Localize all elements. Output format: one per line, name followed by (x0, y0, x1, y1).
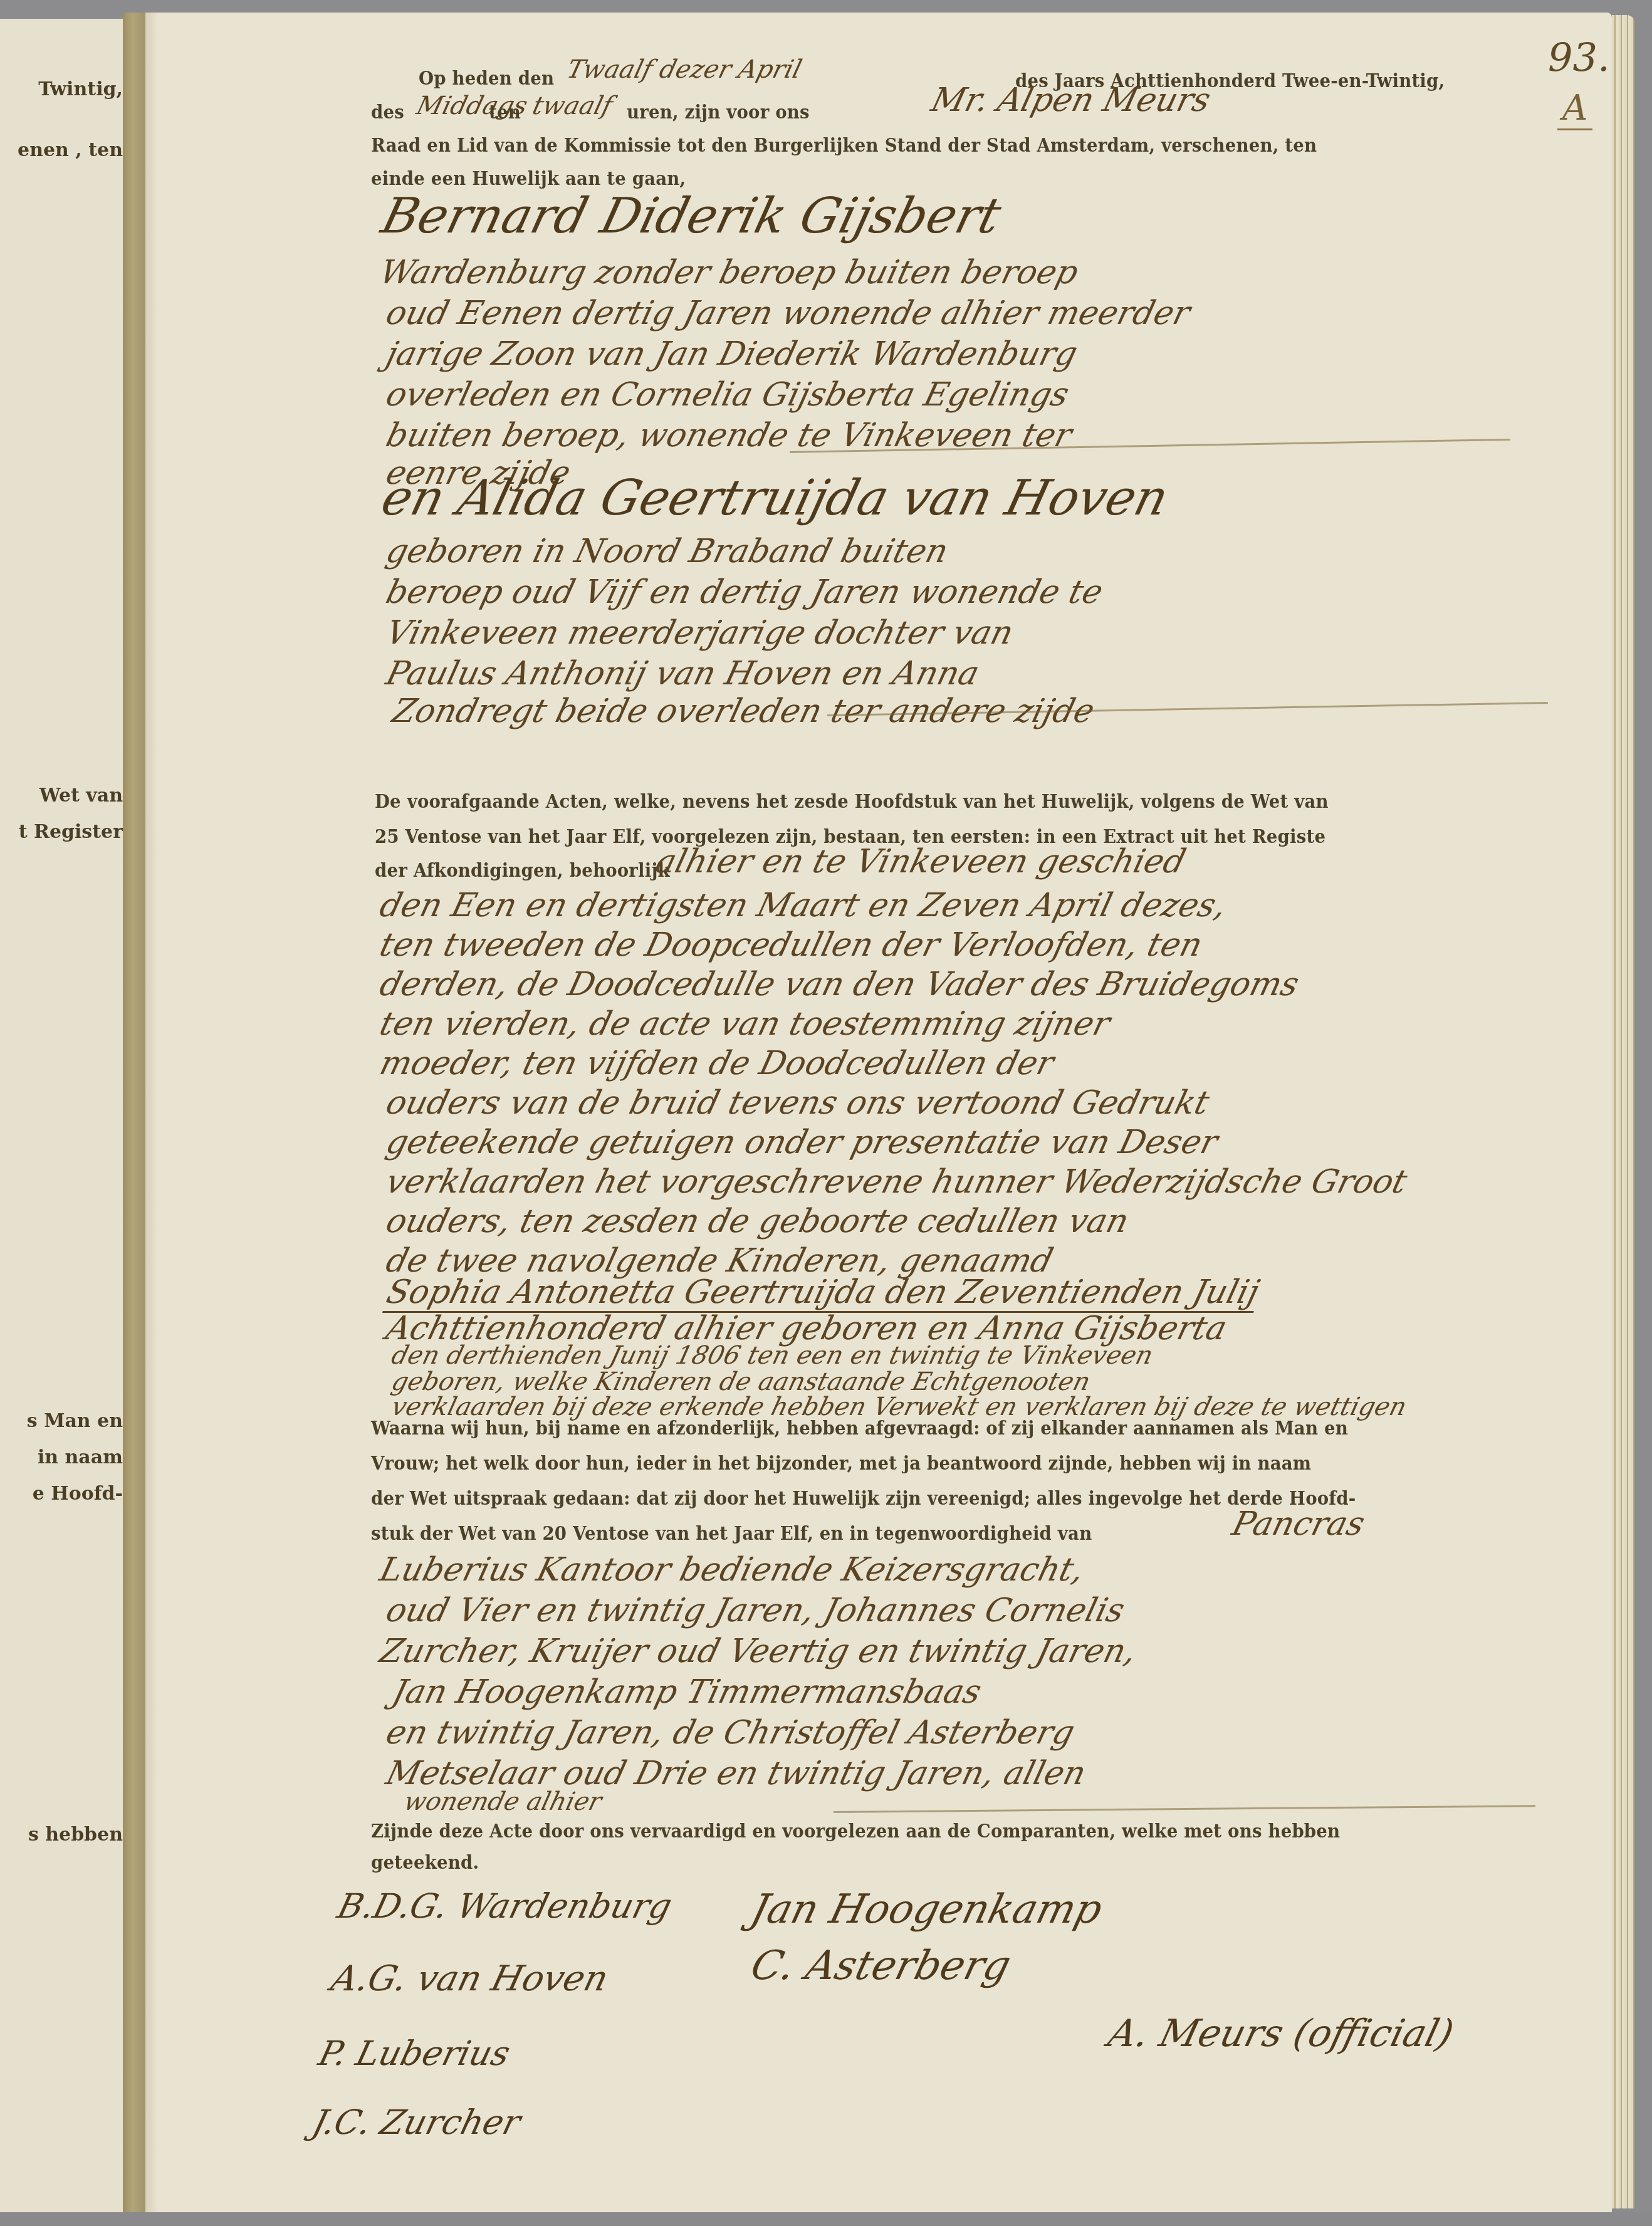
margin-fragment: t Register (19, 821, 123, 843)
print-text: ten (489, 102, 521, 123)
facing-page-left: Twintig, enen , ten Wet van t Register s… (0, 19, 123, 2212)
handwritten-hour: twaalf (530, 91, 615, 120)
folio-number: 93. (1548, 34, 1610, 80)
print-text: einde een Huwelijk aan te gaan, (371, 168, 686, 190)
print-text: Waarna wij hun, bij name en afzonderlijk… (371, 1418, 1348, 1440)
gutter-edge (145, 13, 158, 2226)
margin-fragment: s Man en (27, 1410, 123, 1432)
print-text: stuk der Wet van 20 Ventose van het Jaar… (371, 1523, 1092, 1545)
margin-fragment: enen , ten (18, 139, 123, 161)
handwritten-date: Twaalf dezer April (564, 55, 805, 84)
signature-groom: B.D.G. Wardenburg (333, 1886, 676, 1926)
print-text: uren, zijn voor ons (627, 102, 810, 123)
handwritten-line: geteekende getuigen onder presentatie va… (382, 1124, 1221, 1161)
handwritten-line: Vinkeveen meerderjarige dochter van (382, 614, 1017, 652)
handwritten-line: Wardenburg zonder beroep buiten beroep (376, 254, 1082, 291)
handwritten-line: oud Eenen dertig Jaren wonende alhier me… (382, 295, 1194, 332)
handwritten-line: ouders van de bruid tevens ons vertoond … (382, 1084, 1213, 1122)
handwritten-line: den Een en dertigsten Maart en Zeven Apr… (376, 887, 1230, 924)
handwritten-line: en twintig Jaren, de Christoffel Asterbe… (382, 1714, 1079, 1752)
handwritten-line: geboren in Noord Braband buiten (382, 533, 952, 570)
scan-border (0, 2212, 1652, 2226)
handwritten-line: moeder, ten vijfden de Doodcedullen der (376, 1045, 1058, 1082)
margin-fragment: s hebben (28, 1824, 123, 1846)
handwritten-line: jarige Zoon van Jan Diederik Wardenburg (382, 335, 1081, 373)
print-text: Vrouw; het welk door hun, ieder in het b… (371, 1453, 1311, 1475)
handwritten-line: verklaarden het vorgeschrevene hunner We… (382, 1163, 1411, 1201)
handwritten-official: Mr. Alpen Meurs (928, 81, 1215, 119)
signature-witness: J.C. Zurcher (308, 2103, 525, 2142)
signature-witness: P. Luberius (315, 2034, 514, 2073)
page-edges (1612, 15, 1634, 2208)
handwritten-line: Paulus Anthonij van Hoven en Anna (382, 655, 983, 692)
print-text: geteekend. (371, 1852, 479, 1874)
handwritten-line: alhier en te Vinkeveen geschied (652, 843, 1189, 880)
handwritten-line: overleden en Cornelia Gijsberta Egelings (382, 376, 1073, 414)
print-text: der Afkondigingen, behoorlijk (375, 860, 670, 882)
signature-bride: A.G. van Hoven (327, 1958, 612, 1999)
child-name-line: Sophia Antonetta Geertruijda den Zeventi… (382, 1273, 1263, 1313)
handwritten-line: Luberius Kantoor bediende Keizersgracht, (376, 1551, 1088, 1589)
signature-witness: Jan Hoogenkamp (746, 1886, 1107, 1933)
signature-witness: C. Asterberg (746, 1943, 1015, 1989)
print-text: Raad en Lid van de Kommissie tot den Bur… (371, 135, 1317, 157)
print-text: des (371, 102, 404, 123)
handwritten-line: derden, de Doodcedulle van den Vader des… (376, 966, 1303, 1003)
bride-name: en Alida Geertruijda van Hoven (376, 470, 1174, 526)
print-text: De voorafgaande Acten, welke, nevens het… (375, 791, 1329, 813)
print-text: Op heden den (419, 68, 554, 90)
handwritten-line: ouders, ten zesden de geboorte cedullen … (382, 1203, 1132, 1240)
folio-sub-letter: A (1557, 88, 1592, 130)
handwritten-witness: Pancras (1228, 1505, 1369, 1543)
handwritten-line: Zurcher, Kruijer oud Veertig en twintig … (376, 1633, 1140, 1670)
handwritten-line: Metselaar oud Drie en twintig Jaren, all… (382, 1755, 1090, 1792)
handwritten-line: beroep oud Vijf en dertig Jaren wonende … (382, 573, 1107, 611)
handwritten-line: den derthienden Junij 1806 ten een en tw… (389, 1341, 1156, 1370)
margin-fragment: Wet van (39, 785, 123, 807)
groom-name: Bernard Diderik Gijsbert (376, 188, 1006, 244)
margin-fragment: Twintig, (38, 78, 123, 100)
handwritten-line: ten vierden, de acte van toestemming zij… (376, 1005, 1114, 1043)
margin-fragment: in naam (38, 1446, 123, 1468)
handwritten-line: Jan Hoogenkamp Timmermansbaas (389, 1673, 985, 1711)
handwritten-line: oud Vier en twintig Jaren, Johannes Corn… (382, 1592, 1128, 1629)
print-text: der Wet uitspraak gedaan: dat zij door h… (371, 1488, 1356, 1510)
book-gutter (123, 13, 145, 2226)
handwritten-line: ten tweeden de Doopcedullen der Verloofd… (376, 926, 1206, 964)
handwritten-line: wonende alhier (401, 1787, 605, 1816)
margin-fragment: e Hoofd- (33, 1483, 123, 1505)
print-text: Zijnde deze Acte door ons vervaardigd en… (371, 1821, 1340, 1842)
signature-official: A. Meurs (official) (1104, 2012, 1458, 2056)
